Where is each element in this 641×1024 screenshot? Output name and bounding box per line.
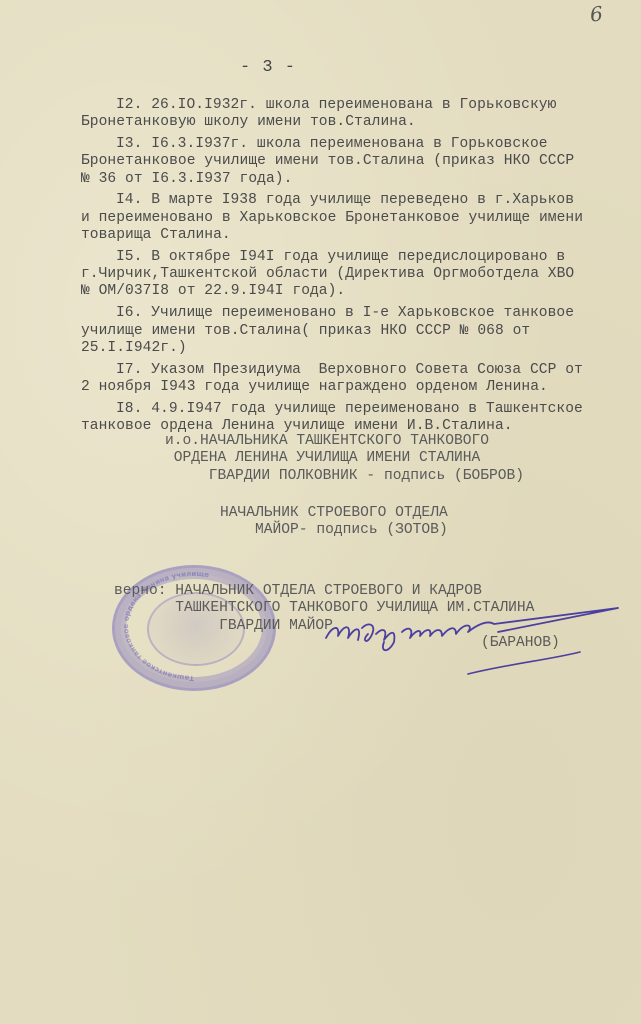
list-item: I6. Училище переименовано в I-е Харьковс…	[81, 305, 621, 357]
list-item: I4. В марте I938 года училище переведено…	[81, 192, 621, 244]
handwritten-signature	[318, 598, 628, 678]
list-item: I7. Указом Президиума Верховного Совета …	[81, 362, 621, 397]
list-item: I3. I6.3.I937г. школа переименована в Го…	[81, 136, 621, 188]
archive-sheet-number: 6	[589, 1, 604, 26]
page-number: - 3 -	[240, 58, 296, 77]
list-item: I8. 4.9.I947 года училище переименовано …	[81, 401, 621, 436]
document-page: 6 - 3 - I2. 26.IO.I932г. школа переимено…	[0, 0, 641, 1024]
list-item: I2. 26.IO.I932г. школа переименована в Г…	[81, 97, 621, 132]
chronology-list: I2. 26.IO.I932г. школа переименована в Г…	[81, 97, 621, 440]
signature-block-drill-dept: НАЧАЛЬНИК СТРОЕВОГО ОТДЕЛА МАЙОР- подпис…	[220, 505, 448, 540]
list-item: I5. В октябре I94I года училище передисл…	[81, 249, 621, 301]
signature-block-acting-head: и.о.НАЧАЛЬНИКА ТАШКЕНТСКОГО ТАНКОВОГО ОР…	[165, 433, 524, 485]
